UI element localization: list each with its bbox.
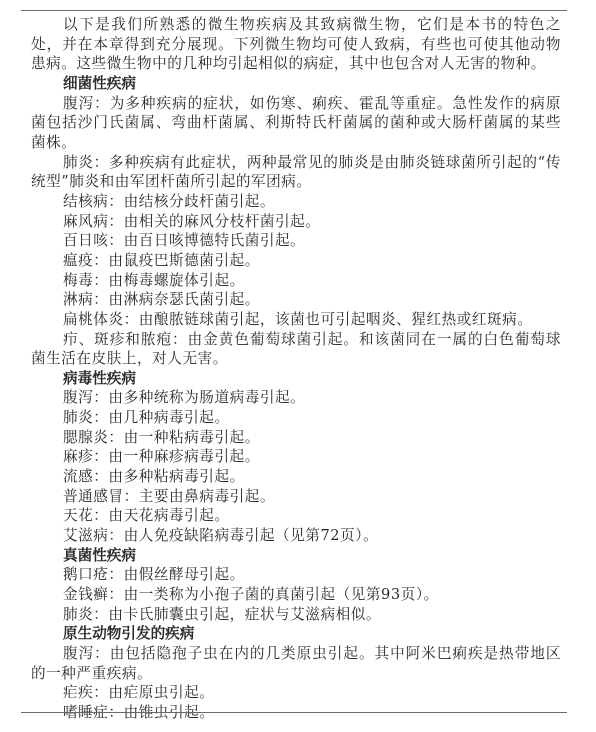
list-item: 腹泻：由包括隐孢子虫在内的几类原虫引起。其中阿米巴痢疾是热带地区的一种严重疾病。 [31, 644, 561, 683]
section-heading: 原生动物引发的疾病 [31, 624, 561, 644]
list-item: 麻疹：由一种麻疹病毒引起。 [31, 447, 561, 467]
list-item: 疟疾：由疟原虫引起。 [31, 683, 561, 703]
top-rule [21, 10, 567, 11]
list-item: 艾滋病：由人免疫缺陷病毒引起（见第72页）。 [31, 526, 561, 546]
list-item: 肺炎：由卡氏肺囊虫引起，症状与艾滋病相似。 [31, 605, 561, 625]
list-item: 扁桃体炎：由酿脓链球菌引起，该菌也可引起咽炎、猩红热或红斑病。 [31, 310, 561, 330]
section-heading: 细菌性疾病 [31, 74, 561, 94]
section-bacterial: 细菌性疾病 腹泻：为多种疾病的症状，如伤寒、痢疾、霍乱等重症。急性发作的病原菌包… [31, 74, 561, 369]
section-protozoan: 原生动物引发的疾病 腹泻：由包括隐孢子虫在内的几类原虫引起。其中阿米巴痢疾是热带… [31, 624, 561, 722]
list-item: 麻风病：由相关的麻风分枝杆菌引起。 [31, 212, 561, 232]
list-item: 结核病：由结核分歧杆菌引起。 [31, 192, 561, 212]
document-body: 以下是我们所熟悉的微生物疾病及其致病微生物，它们是本书的特色之处，并在本章得到充… [31, 15, 561, 723]
section-heading: 病毒性疾病 [31, 369, 561, 389]
list-item: 鹅口疮：由假丝酵母引起。 [31, 565, 561, 585]
list-item: 腹泻：由多种统称为肠道病毒引起。 [31, 388, 561, 408]
section-fungal: 真菌性疾病 鹅口疮：由假丝酵母引起。 金钱癣：由一类称为小孢子菌的真菌引起（见第… [31, 546, 561, 625]
bottom-rule [21, 712, 567, 713]
list-item: 肺炎：多种疾病有此症状，两种最常见的肺炎是由肺炎链球菌所引起的“传统型”肺炎和由… [31, 153, 561, 192]
list-item: 天花：由天花病毒引起。 [31, 506, 561, 526]
list-item: 淋病：由淋病奈瑟氏菌引起。 [31, 290, 561, 310]
list-item: 百日咳：由百日咳博德特氏菌引起。 [31, 231, 561, 251]
list-item: 流感：由多种粘病毒引起。 [31, 467, 561, 487]
list-item: 疖、斑疹和脓疱：由金黄色葡萄球菌引起。和该菌同在一属的白色葡萄球菌生活在皮肤上，… [31, 330, 561, 369]
section-viral: 病毒性疾病 腹泻：由多种统称为肠道病毒引起。 肺炎：由几种病毒引起。 腮腺炎：由… [31, 369, 561, 546]
list-item: 瘟疫：由鼠疫巴斯德菌引起。 [31, 251, 561, 271]
list-item: 肺炎：由几种病毒引起。 [31, 408, 561, 428]
list-item: 梅毒：由梅毒螺旋体引起。 [31, 271, 561, 291]
list-item: 腮腺炎：由一种粘病毒引起。 [31, 428, 561, 448]
list-item: 普通感冒：主要由鼻病毒引起。 [31, 487, 561, 507]
list-item: 金钱癣：由一类称为小孢子菌的真菌引起（见第93页）。 [31, 585, 561, 605]
section-heading: 真菌性疾病 [31, 546, 561, 566]
list-item: 腹泻：为多种疾病的症状，如伤寒、痢疾、霍乱等重症。急性发作的病原菌包括沙门氏菌属… [31, 94, 561, 153]
intro-paragraph: 以下是我们所熟悉的微生物疾病及其致病微生物，它们是本书的特色之处，并在本章得到充… [31, 15, 561, 74]
